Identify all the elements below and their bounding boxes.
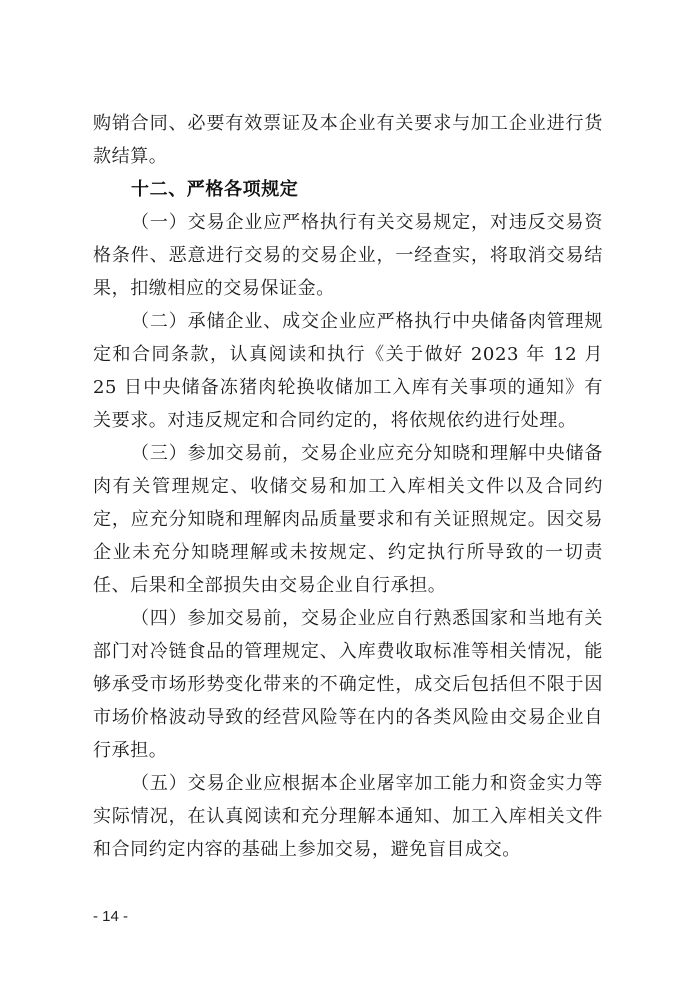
paragraph-1: （一）交易企业应严格执行有关交易规定，对违反交易资格条件、恶意进行交易的交易企业… [93, 206, 603, 305]
page-number: - 14 - [93, 908, 128, 925]
document-page: 购销合同、必要有效票证及本企业有关要求与加工企业进行货款结算。 十二、严格各项规… [0, 0, 700, 989]
paragraph-3: （三）参加交易前，交易企业应充分知晓和理解中央储备肉有关管理规定、收储交易和加工… [93, 437, 603, 602]
paragraph-2: （二）承储企业、成交企业应严格执行中央储备肉管理规定和合同条款，认真阅读和执行《… [93, 305, 603, 437]
continuation-paragraph: 购销合同、必要有效票证及本企业有关要求与加工企业进行货款结算。 [93, 107, 603, 173]
paragraph-4: （四）参加交易前，交易企业应自行熟悉国家和当地有关部门对冷链食品的管理规定、入库… [93, 602, 603, 767]
section-heading: 十二、严格各项规定 [93, 173, 603, 206]
page-body: 购销合同、必要有效票证及本企业有关要求与加工企业进行货款结算。 十二、严格各项规… [93, 107, 603, 866]
paragraph-5: （五）交易企业应根据本企业屠宰加工能力和资金实力等实际情况，在认真阅读和充分理解… [93, 767, 603, 866]
